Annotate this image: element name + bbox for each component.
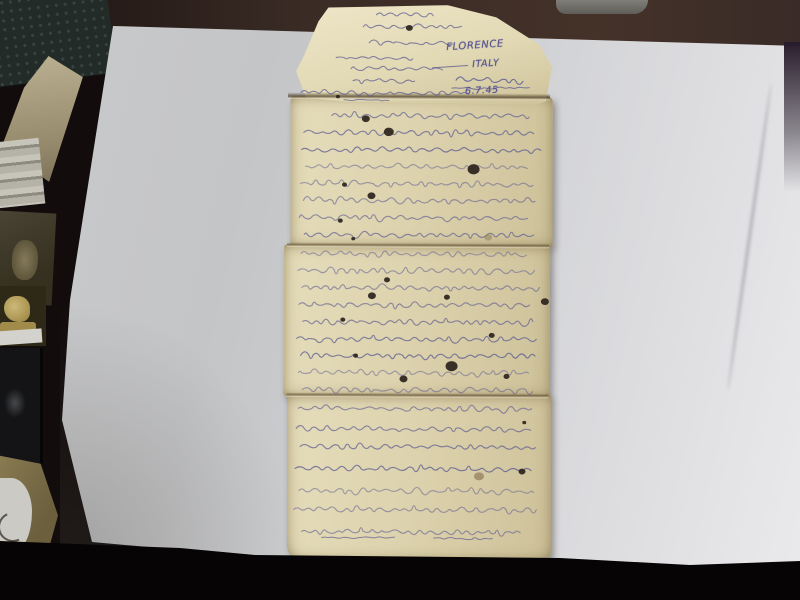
handwritten-letter: FLORENCE ITALY 6.7.45 [282, 3, 557, 561]
dark-photograph [0, 348, 43, 464]
stacked-photo-edges [0, 138, 45, 208]
background-object [556, 0, 648, 14]
handwriting-svg [282, 3, 557, 561]
right-edge-gap [784, 42, 800, 192]
gramophone-horn [4, 296, 30, 322]
photograph-of-letter: FLORENCE ITALY 6.7.45 [0, 0, 800, 600]
photo-highlight [4, 388, 26, 418]
country-label: ITALY [472, 57, 500, 70]
photo-figure [11, 239, 39, 280]
date-label: 6.7.45 [465, 85, 499, 98]
